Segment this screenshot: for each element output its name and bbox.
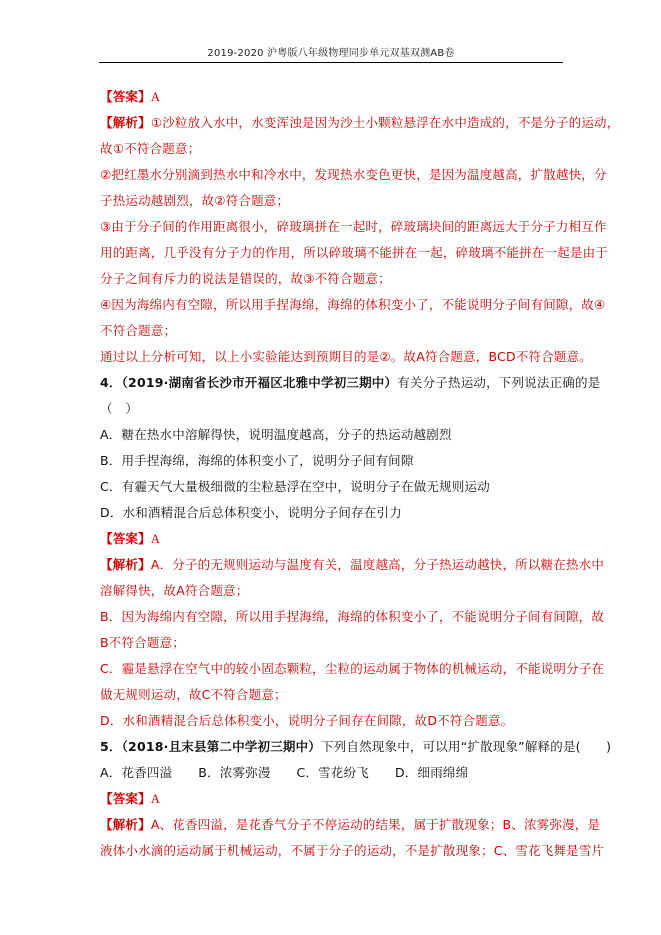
q3-analysis-line-3: ②把红墨水分别滴到热水中和冷水中，发现热水变色更快，是因为温度越高，扩散越快，分 — [100, 162, 566, 188]
q3-answer-line: 【答案】A — [100, 84, 566, 110]
q4-blank: （ ） — [100, 396, 566, 422]
document-body: 【答案】A 【解析】①沙粒放入水中，水变浑浊是因为沙土小颗粒悬浮在水中造成的，不… — [100, 84, 566, 864]
q5-stem: 5．（2018·且末县第二中学初三期中）下列自然现象中，可以用“扩散现象”解释的… — [100, 734, 566, 760]
answer-value: A — [151, 532, 160, 546]
question-source: （2018·且末县第二中学初三期中） — [122, 739, 321, 754]
analysis-text: A、花香四溢，是花香气分子不停运动的结果，属于扩散现象；B、浓雾弥漫，是 — [151, 817, 600, 832]
question-stem: 有关分子热运动，下列说法正确的是 — [397, 375, 600, 390]
answer-value: A — [151, 90, 160, 104]
question-source: （2019·湖南省长沙市开福区北雅中学初三期中） — [122, 375, 398, 390]
q3-analysis-line-7: 分子之间有斥力的说法是错误的，故③不符合题意； — [100, 266, 566, 292]
q4-analysis-line-6: 做无规则运动，故C不符合题意； — [100, 682, 566, 708]
answer-tag: 【答案】 — [100, 531, 151, 546]
q5-option-b: B．浓雾弥漫 — [198, 760, 270, 786]
q4-analysis-line-1: 【解析】A．分子的无规则运动与温度有关，温度越高，分子热运动越快，所以糖在热水中 — [100, 552, 566, 578]
q3-analysis-line-8: ④因为海绵内有空隙，所以用手捏海绵，海绵的体积变小了，不能说明分子间有间隙，故④ — [100, 292, 566, 318]
q4-analysis-line-4: B不符合题意； — [100, 630, 566, 656]
q3-analysis-line-4: 子热运动越剧烈，故②符合题意； — [100, 188, 566, 214]
q4-stem: 4．（2019·湖南省长沙市开福区北雅中学初三期中）有关分子热运动，下列说法正确… — [100, 370, 566, 396]
q4-option-b: B．用手捏海绵，海绵的体积变小了，说明分子间有间隙 — [100, 448, 566, 474]
q3-analysis-line-2: 故①不符合题意； — [100, 136, 566, 162]
q3-analysis-line-6: 用的距离，几乎没有分子力的作用，所以碎玻璃不能拼在一起，碎玻璃不能拼在一起是由于 — [100, 240, 566, 266]
question-number: 5． — [100, 739, 122, 754]
answer-value: A — [151, 792, 160, 806]
question-number: 4． — [100, 375, 122, 390]
q3-analysis-line-5: ③由于分子间的作用距离很小，碎玻璃拼在一起时，碎玻璃块间的距离远大于分子力相互作 — [100, 214, 566, 240]
q3-analysis-line-10: 通过以上分析可知，以上小实验能达到预期目的是②。故A符合题意，BCD不符合题意。 — [100, 344, 566, 370]
analysis-tag: 【解析】 — [100, 817, 151, 832]
q5-analysis-line-2: 液体小水滴的运动属于机械运动，不属于分子的运动，不是扩散现象；C、雪花飞舞是雪片 — [100, 838, 566, 864]
q5-answer-line: 【答案】A — [100, 786, 566, 812]
analysis-text: A．分子的无规则运动与温度有关，温度越高，分子热运动越快，所以糖在热水中 — [151, 557, 604, 572]
q4-analysis-line-2: 溶解得快，故A符合题意； — [100, 578, 566, 604]
q5-analysis-line-1: 【解析】A、花香四溢，是花香气分子不停运动的结果，属于扩散现象；B、浓雾弥漫，是 — [100, 812, 566, 838]
q4-option-c: C．有霾天气大量极细微的尘粒悬浮在空中，说明分子在做无规则运动 — [100, 474, 566, 500]
q5-option-d: D．细雨绵绵 — [395, 760, 468, 786]
page-header-title: 2019-2020 沪粤版八年级物理同步单元双基双测AB卷 — [99, 44, 563, 59]
q5-option-a: A．花香四溢 — [100, 760, 172, 786]
analysis-text: ①沙粒放入水中，水变浑浊是因为沙土小颗粒悬浮在水中造成的，不是分子的运动， — [151, 115, 620, 130]
q4-option-a: A．糖在热水中溶解得快，说明温度越高，分子的热运动越剧烈 — [100, 422, 566, 448]
question-stem: 下列自然现象中，可以用“扩散现象”解释的是( ) — [321, 739, 611, 754]
q4-option-d: D．水和酒精混合后总体积变小，说明分子间存在引力 — [100, 500, 566, 526]
answer-tag: 【答案】 — [100, 791, 151, 806]
q4-answer-line: 【答案】A — [100, 526, 566, 552]
analysis-tag: 【解析】 — [100, 557, 151, 572]
analysis-tag: 【解析】 — [100, 115, 151, 130]
q4-analysis-line-5: C．霾是悬浮在空气中的较小固态颗粒，尘粒的运动属于物体的机械运动，不能说明分子在 — [100, 656, 566, 682]
q4-analysis-line-3: B．因为海绵内有空隙，所以用手捏海绵，海绵的体积变小了，不能说明分子间有间隙，故 — [100, 604, 566, 630]
q3-analysis-line-9: 不符合题意； — [100, 318, 566, 344]
q4-analysis-line-7: D．水和酒精混合后总体积变小，说明分子间存在间隙，故D不符合题意。 — [100, 708, 566, 734]
header-divider — [99, 62, 563, 63]
answer-tag: 【答案】 — [100, 89, 151, 104]
q5-options: A．花香四溢 B．浓雾弥漫 C．雪花纷飞 D．细雨绵绵 — [100, 760, 566, 786]
q5-option-c: C．雪花纷飞 — [297, 760, 369, 786]
q3-analysis-line-1: 【解析】①沙粒放入水中，水变浑浊是因为沙土小颗粒悬浮在水中造成的，不是分子的运动… — [100, 110, 566, 136]
